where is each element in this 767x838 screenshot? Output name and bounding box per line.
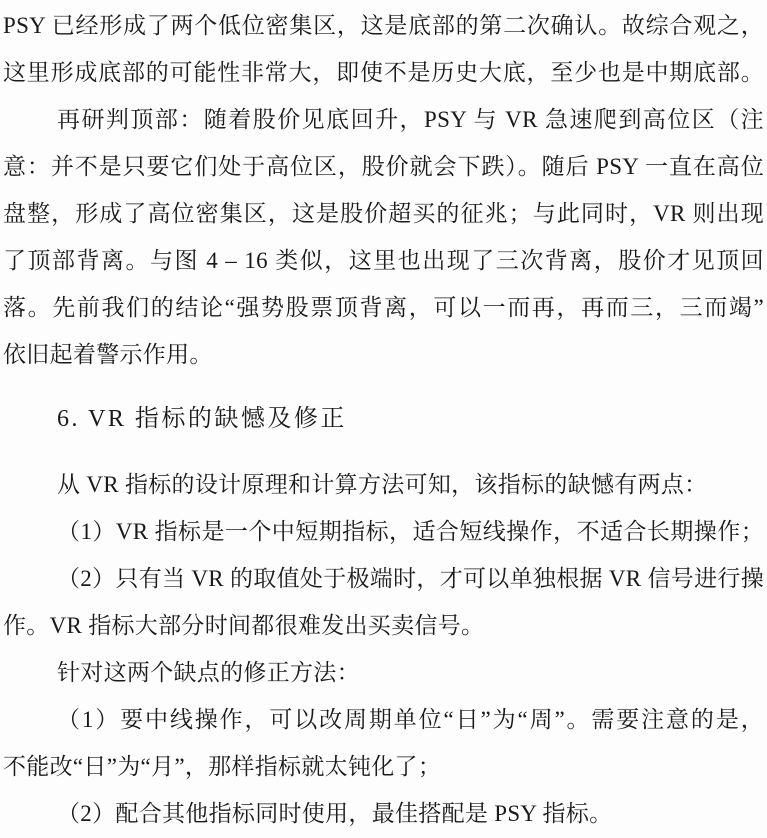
body-line: 再研判顶部：随着股价见底回升，PSY 与 VR 急速爬到高位区（注	[3, 96, 764, 143]
book-page: PSY 已经形成了两个低位密集区，这是底部的第二次确认。故综合观之， 这里形成底…	[0, 0, 767, 838]
body-line: 依旧起着警示作用。	[3, 331, 764, 378]
body-line: 盘整，形成了高位密集区，这是股价超买的征兆；与此同时，VR 则出现	[3, 190, 764, 237]
body-line: （2）配合其他指标同时使用，最佳搭配是 PSY 指标。	[3, 790, 764, 837]
body-line: PSY 已经形成了两个低位密集区，这是底部的第二次确认。故综合观之，	[3, 2, 764, 49]
body-line: 这里形成底部的可能性非常大，即使不是历史大底，至少也是中期底部。	[3, 49, 764, 96]
body-line: 从 VR 指标的设计原理和计算方法可知，该指标的缺憾有两点：	[3, 461, 764, 508]
body-line: （2）只有当 VR 的取值处于极端时，才可以单独根据 VR 信号进行操	[3, 555, 764, 602]
body-line: 落。先前我们的结论“强势股票顶背离，可以一而再，再而三，三而竭”	[3, 284, 764, 331]
body-line: （1）要中线操作，可以改周期单位“日”为“周”。需要注意的是，	[3, 696, 764, 743]
body-line: 作。VR 指标大部分时间都很难发出买卖信号。	[3, 602, 764, 649]
section-heading: 6. VR 指标的缺憾及修正	[3, 396, 764, 443]
body-line: （1）VR 指标是一个中短期指标，适合短线操作，不适合长期操作；	[3, 508, 764, 555]
body-line: 针对这两个缺点的修正方法：	[3, 649, 764, 696]
body-line: 意：并不是只要它们处于高位区，股价就会下跌）。随后 PSY 一直在高位	[3, 143, 764, 190]
body-line: 了顶部背离。与图 4 – 16 类似，这里也出现了三次背离，股价才见顶回	[3, 237, 764, 284]
body-line: 不能改“日”为“月”，那样指标就太钝化了；	[3, 743, 764, 790]
